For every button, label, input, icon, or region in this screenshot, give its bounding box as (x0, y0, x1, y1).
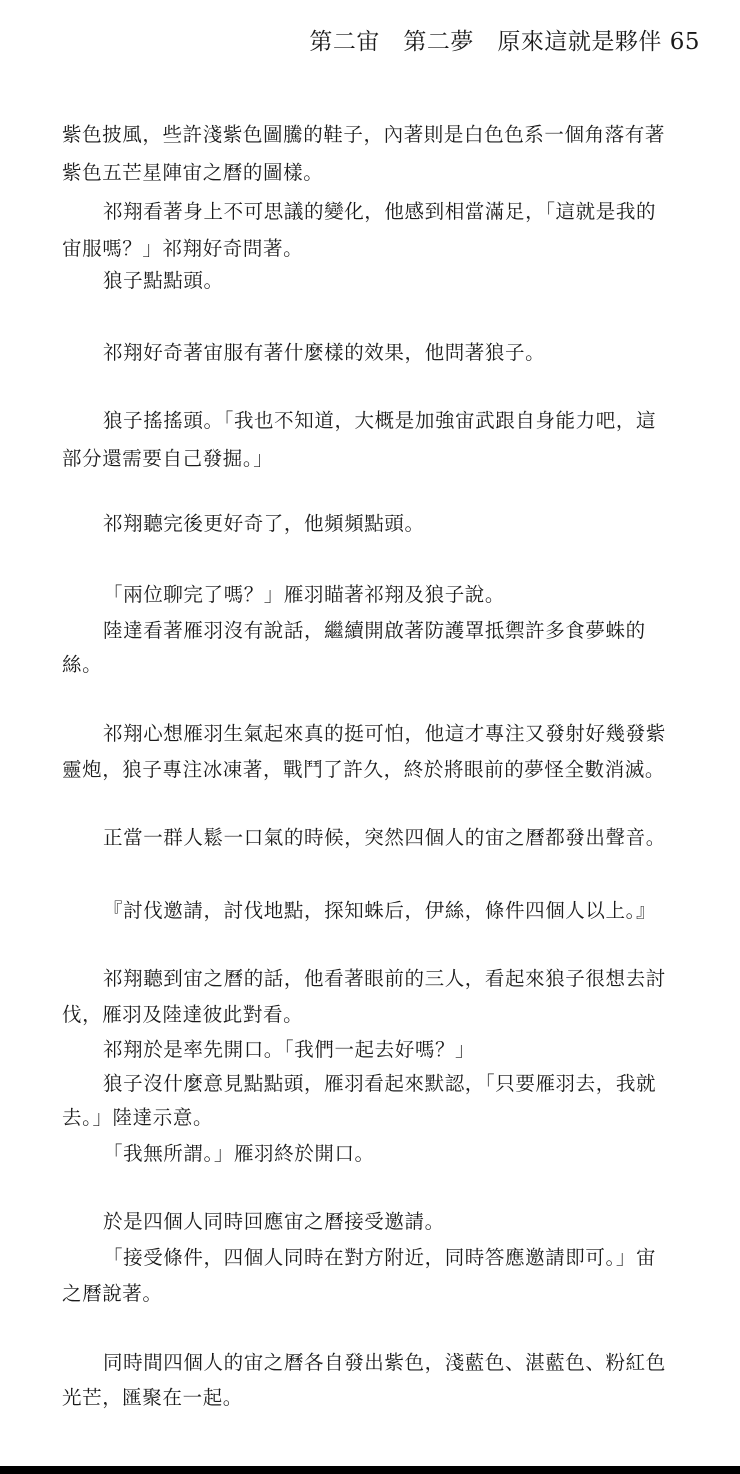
text-line: 於是四個人同時回應宙之曆接受邀請。 (103, 1209, 445, 1235)
text-line: 靈炮，狼子專注冰凍著，戰鬥了許久，終於將眼前的夢怪全數消滅。 (62, 757, 665, 783)
text-line: 去。」陸達示意。 (62, 1105, 213, 1131)
text-line: 狼子點點頭。 (103, 268, 224, 294)
text-line: 同時間四個人的宙之曆各自發出紫色，淺藍色、湛藍色、粉紅色 (103, 1350, 666, 1376)
text-line: 「我無所謂。」雁羽終於開口。 (103, 1141, 375, 1167)
text-line: 狼子沒什麼意見點點頭，雁羽看起來默認，「只要雁羽去，我就 (103, 1071, 656, 1097)
running-header: 第二宙 第二夢 原來這就是夥伴 65 (309, 26, 700, 58)
text-line: 光芒，匯聚在一起。 (62, 1385, 243, 1411)
text-line: 部分還需要自己發掘。」 (62, 446, 273, 472)
text-line: 絲。 (62, 652, 102, 678)
text-line: 祁翔看著身上不可思議的變化，他感到相當滿足，「這就是我的 (103, 199, 656, 225)
text-line: 祁翔心想雁羽生氣起來真的挺可怕，他這才專注又發射好幾發紫 (103, 721, 666, 747)
text-line: 祁翔好奇著宙服有著什麼樣的效果，他問著狼子。 (103, 340, 545, 366)
text-line: 之曆說著。 (62, 1281, 163, 1307)
text-line: 「接受條件，四個人同時在對方附近，同時答應邀請即可。」宙 (103, 1245, 656, 1271)
text-line: 『討伐邀請，討伐地點，探知蛛后，伊絲，條件四個人以上。』 (103, 898, 656, 924)
text-line: 「兩位聊完了嗎？」雁羽瞄著祁翔及狼子說。 (103, 582, 505, 608)
text-line: 正當一群人鬆一口氣的時候，突然四個人的宙之曆都發出聲音。 (103, 825, 666, 851)
text-line: 伐，雁羽及陸達彼此對看。 (62, 1002, 303, 1028)
bottom-page-edge-bar (0, 1466, 740, 1474)
text-line: 祁翔於是率先開口。「我們一起去好嗎？」 (103, 1037, 475, 1063)
text-line: 狼子搖搖頭。「我也不知道，大概是加強宙武跟自身能力吧，這 (103, 408, 656, 434)
text-line: 紫色披風，些許淺紫色圖騰的鞋子，內著則是白色色系一個角落有著 (62, 122, 665, 148)
text-line: 陸達看著雁羽沒有說話，繼續開啟著防護罩抵禦許多食夢蛛的 (103, 618, 646, 644)
text-line: 祁翔聽到宙之曆的話，他看著眼前的三人，看起來狼子很想去討 (103, 966, 666, 992)
text-line: 祁翔聽完後更好奇了，他頻頻點頭。 (103, 511, 425, 537)
text-line: 紫色五芒星陣宙之曆的圖樣。 (62, 160, 323, 186)
text-line: 宙服嗎？」祁翔好奇問著。 (62, 236, 303, 262)
